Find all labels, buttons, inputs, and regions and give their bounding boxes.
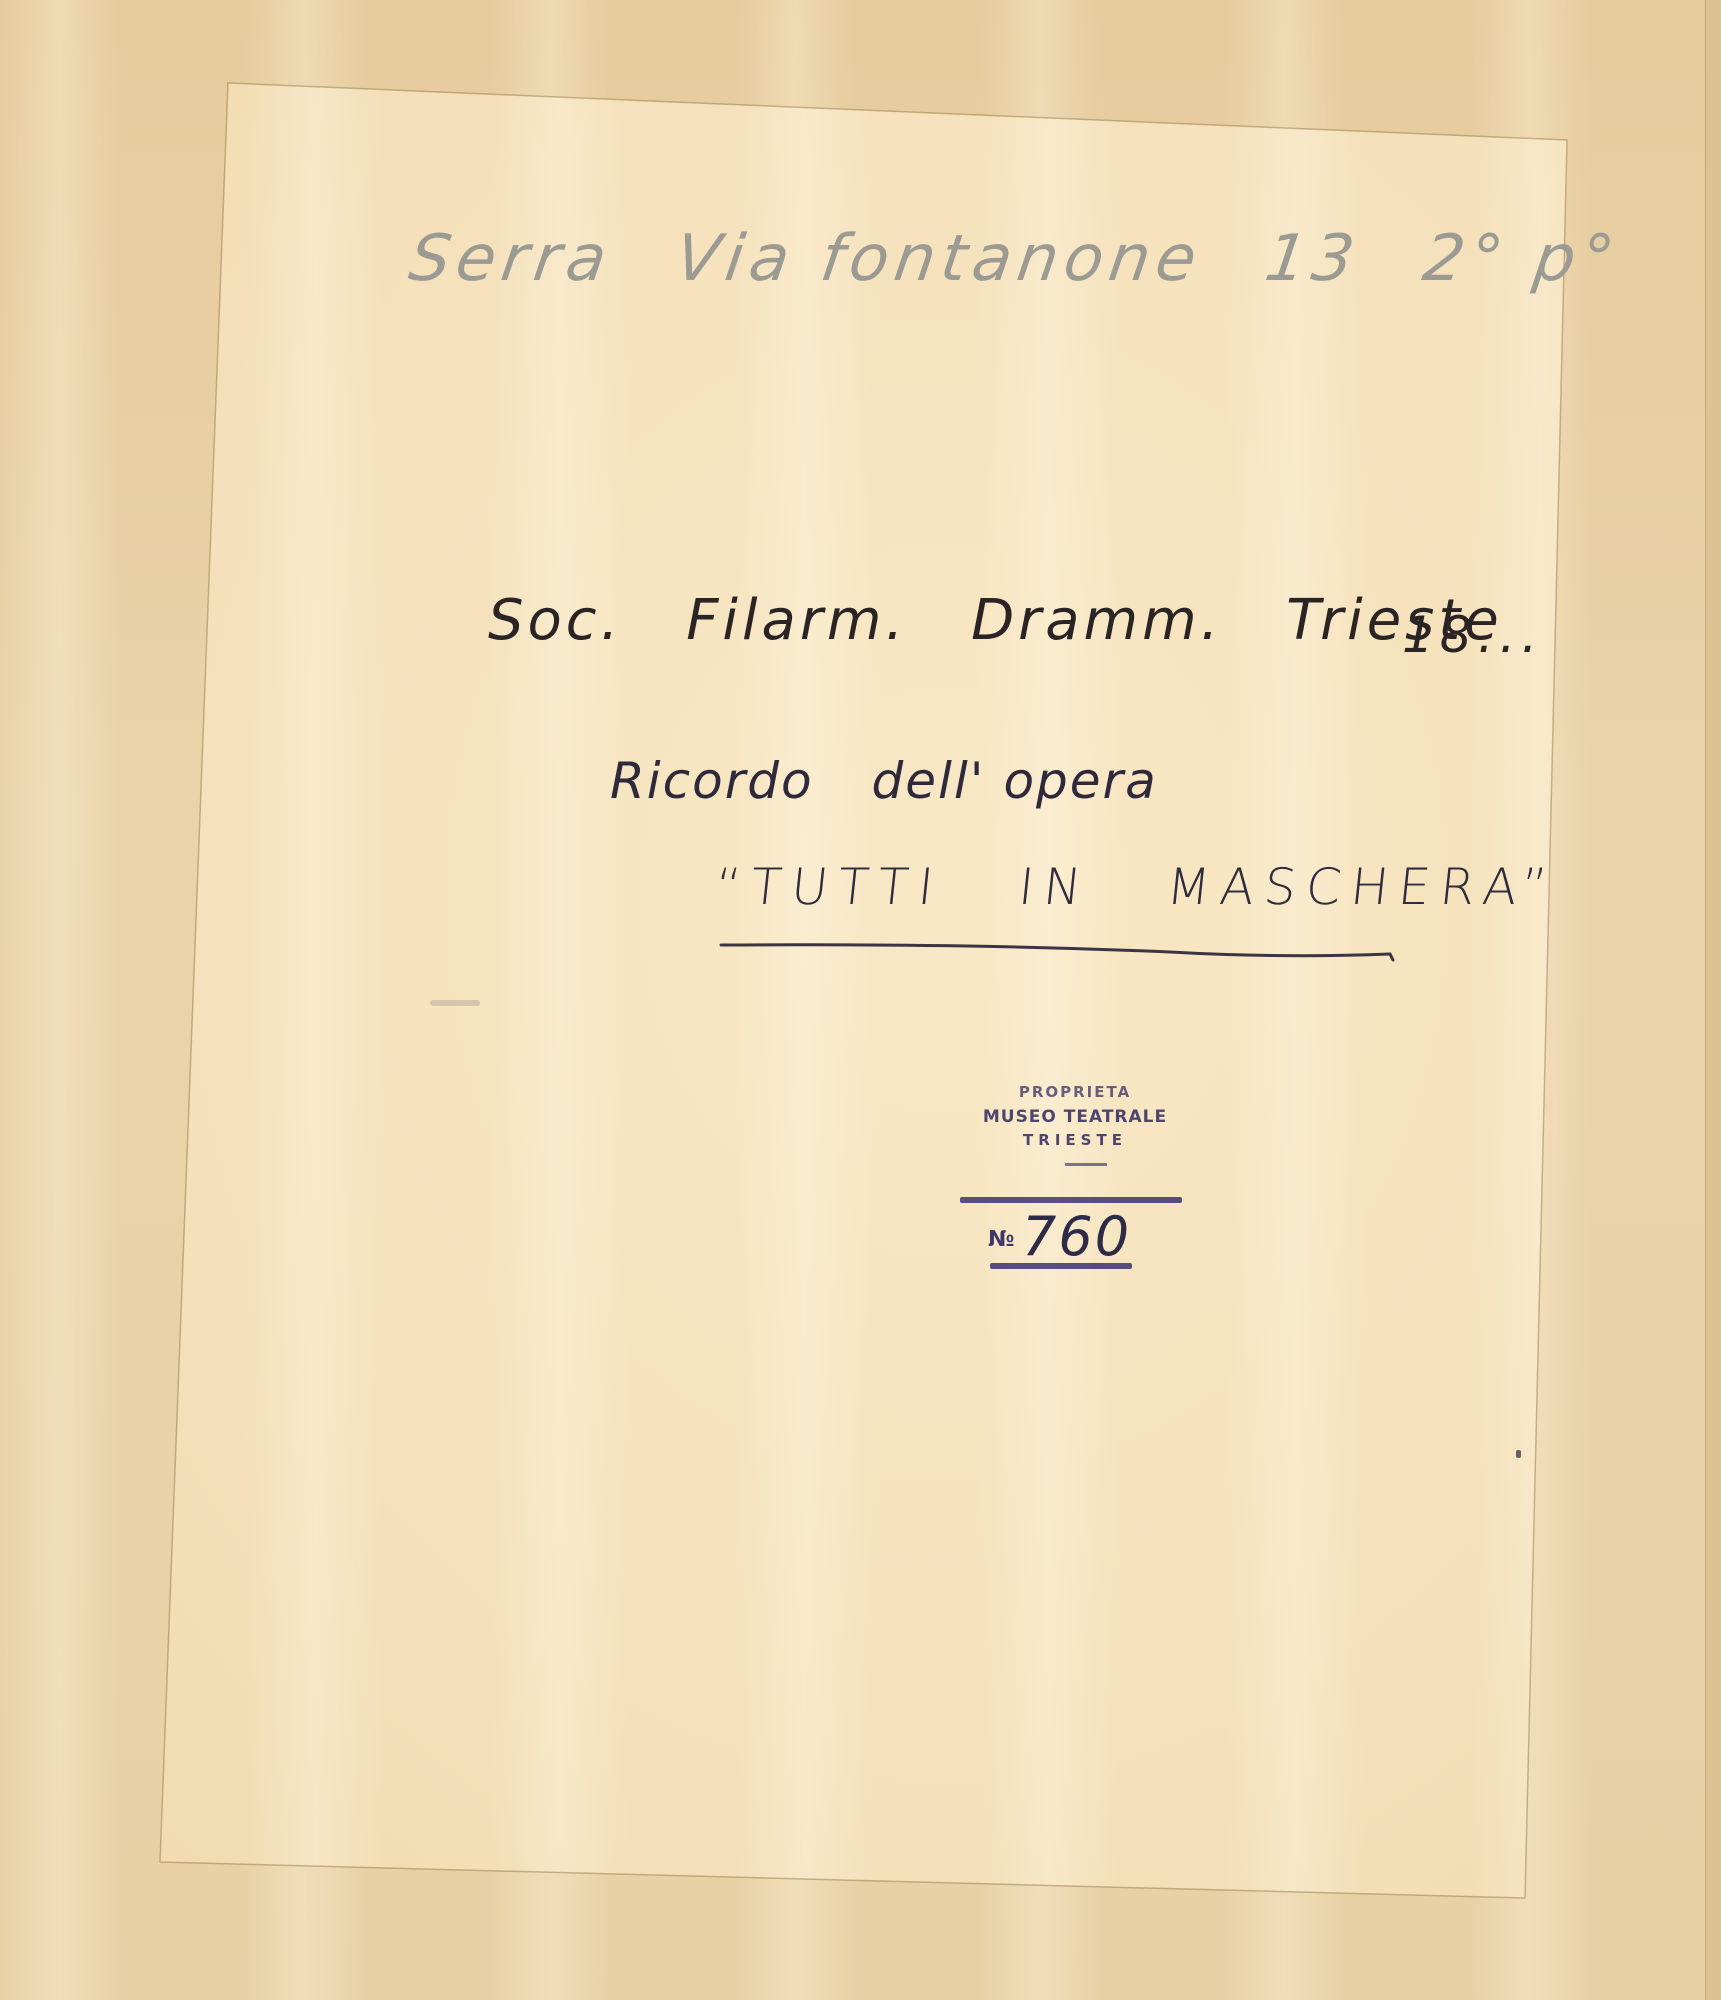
stamp-line-trieste: TRIESTE — [960, 1131, 1190, 1149]
title-word-tutti: “TUTTI — [712, 858, 946, 916]
faint-smudge — [430, 1000, 480, 1006]
stamp-line-proprieta: PROPRIETA — [960, 1083, 1190, 1101]
heading-word-dramm: Dramm. — [971, 588, 1222, 653]
pencil-word-number: 13 — [1261, 222, 1365, 296]
heading-word-filarm: Filarm. — [686, 588, 907, 653]
title-word-maschera: MASCHERA” — [1164, 858, 1560, 916]
title-word-in: IN — [1016, 858, 1094, 916]
pencil-word-street: fontanone — [816, 222, 1207, 296]
title-underline — [700, 930, 1420, 970]
caption-ricordo: Ricordo dell' opera — [610, 752, 1158, 810]
mounted-paper-sheet — [0, 0, 1721, 2000]
inventory-number: 760 — [1022, 1205, 1131, 1268]
museum-ownership-stamp: PROPRIETA MUSEO TEATRALE TRIESTE № 760 — [960, 1075, 1190, 1275]
society-heading: Soc. Filarm. Dramm. Trieste — [488, 588, 1503, 653]
pencil-word-surname: Serra — [405, 222, 617, 296]
pencil-word-floor: 2° p° — [1418, 222, 1624, 296]
caption-word-opera: opera — [1003, 752, 1157, 810]
pencil-address-note: Serra Via fontanone 13 2° p° — [405, 222, 1625, 296]
pencil-word-via: Via — [671, 222, 800, 296]
backing-board-edge — [1705, 0, 1721, 2000]
stamp-number-bar-top — [960, 1197, 1182, 1203]
caption-word-dell: dell' — [872, 752, 986, 810]
ink-speck — [1516, 1450, 1521, 1458]
heading-word-soc: Soc. — [488, 588, 622, 653]
stamp-number-bar-bottom — [990, 1263, 1132, 1269]
stamp-divider — [1065, 1163, 1107, 1166]
year-note: 18... — [1402, 606, 1543, 664]
numero-sign-icon: № — [988, 1227, 1014, 1252]
caption-word-ricordo: Ricordo — [610, 752, 814, 810]
stamp-line-museo: MUSEO TEATRALE — [960, 1107, 1190, 1127]
opera-title: “TUTTI IN MASCHERA” — [712, 858, 1560, 916]
